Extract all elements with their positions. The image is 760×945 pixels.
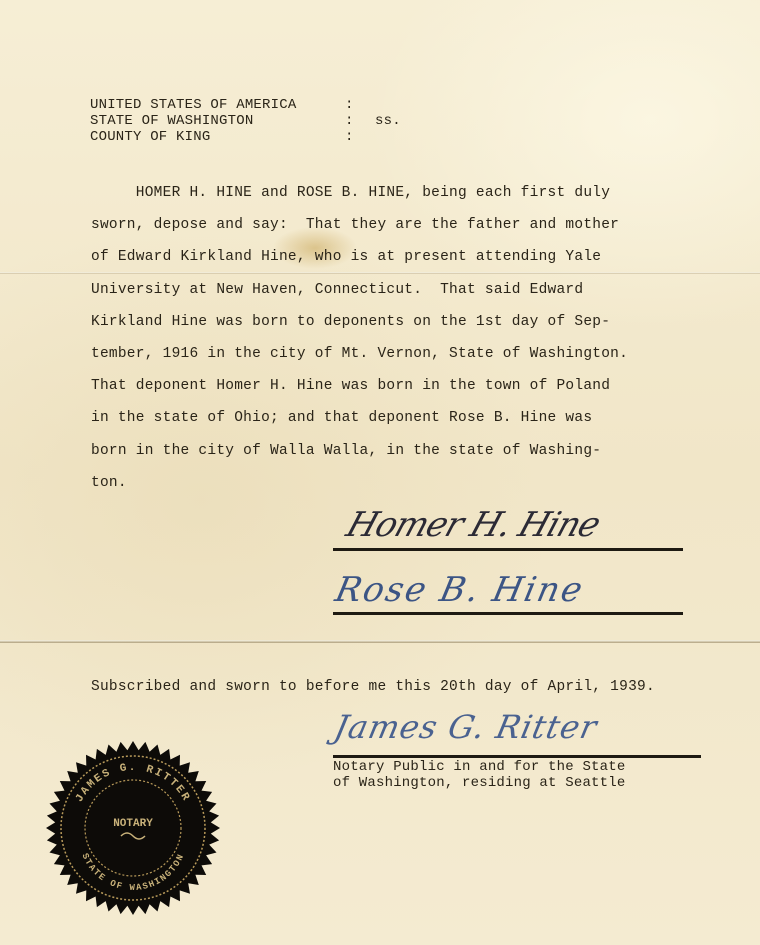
signature-line-homer <box>333 548 683 551</box>
venue-caption: UNITED STATES OF AMERICA : STATE OF WASH… <box>90 97 401 145</box>
caption-state: STATE OF WASHINGTON <box>90 113 345 129</box>
body-line: in the state of Ohio; and that deponent … <box>91 402 691 434</box>
signature-homer-hine: Homer H. Hine <box>342 505 605 545</box>
caption-country: UNITED STATES OF AMERICA <box>90 97 345 113</box>
body-line: HOMER H. HINE and ROSE B. HINE, being ea… <box>91 177 691 209</box>
jurat-text: Subscribed and sworn to before me this 2… <box>91 679 655 695</box>
signature-notary: James G. Ritter <box>331 708 601 746</box>
affidavit-page: UNITED STATES OF AMERICA : STATE OF WASH… <box>0 0 760 945</box>
notary-caption: Notary Public in and for the State of Wa… <box>333 759 625 791</box>
notary-seal-icon: JAMES G. RITTER STATE OF WASHINGTON NOTA… <box>45 740 221 916</box>
caption-county: COUNTY OF KING <box>90 129 345 145</box>
affidavit-body: HOMER H. HINE and ROSE B. HINE, being ea… <box>91 177 691 499</box>
svg-text:NOTARY: NOTARY <box>113 818 153 830</box>
body-line: University at New Haven, Connecticut. Th… <box>91 274 691 306</box>
body-line: That deponent Homer H. Hine was born in … <box>91 370 691 402</box>
signature-line-notary <box>333 755 701 758</box>
body-line: sworn, depose and say: That they are the… <box>91 209 691 241</box>
body-line: ton. <box>91 467 691 499</box>
body-line: Kirkland Hine was born to deponents on t… <box>91 306 691 338</box>
body-line: tember, 1916 in the city of Mt. Vernon, … <box>91 338 691 370</box>
venue-mark: ss. <box>375 113 401 129</box>
body-line: of Edward Kirkland Hine, who is at prese… <box>91 241 691 273</box>
body-line: born in the city of Walla Walla, in the … <box>91 435 691 467</box>
signature-rose-hine: Rose B. Hine <box>332 570 588 610</box>
signature-line-rose <box>333 612 683 615</box>
paper-fold-lower <box>0 640 760 643</box>
